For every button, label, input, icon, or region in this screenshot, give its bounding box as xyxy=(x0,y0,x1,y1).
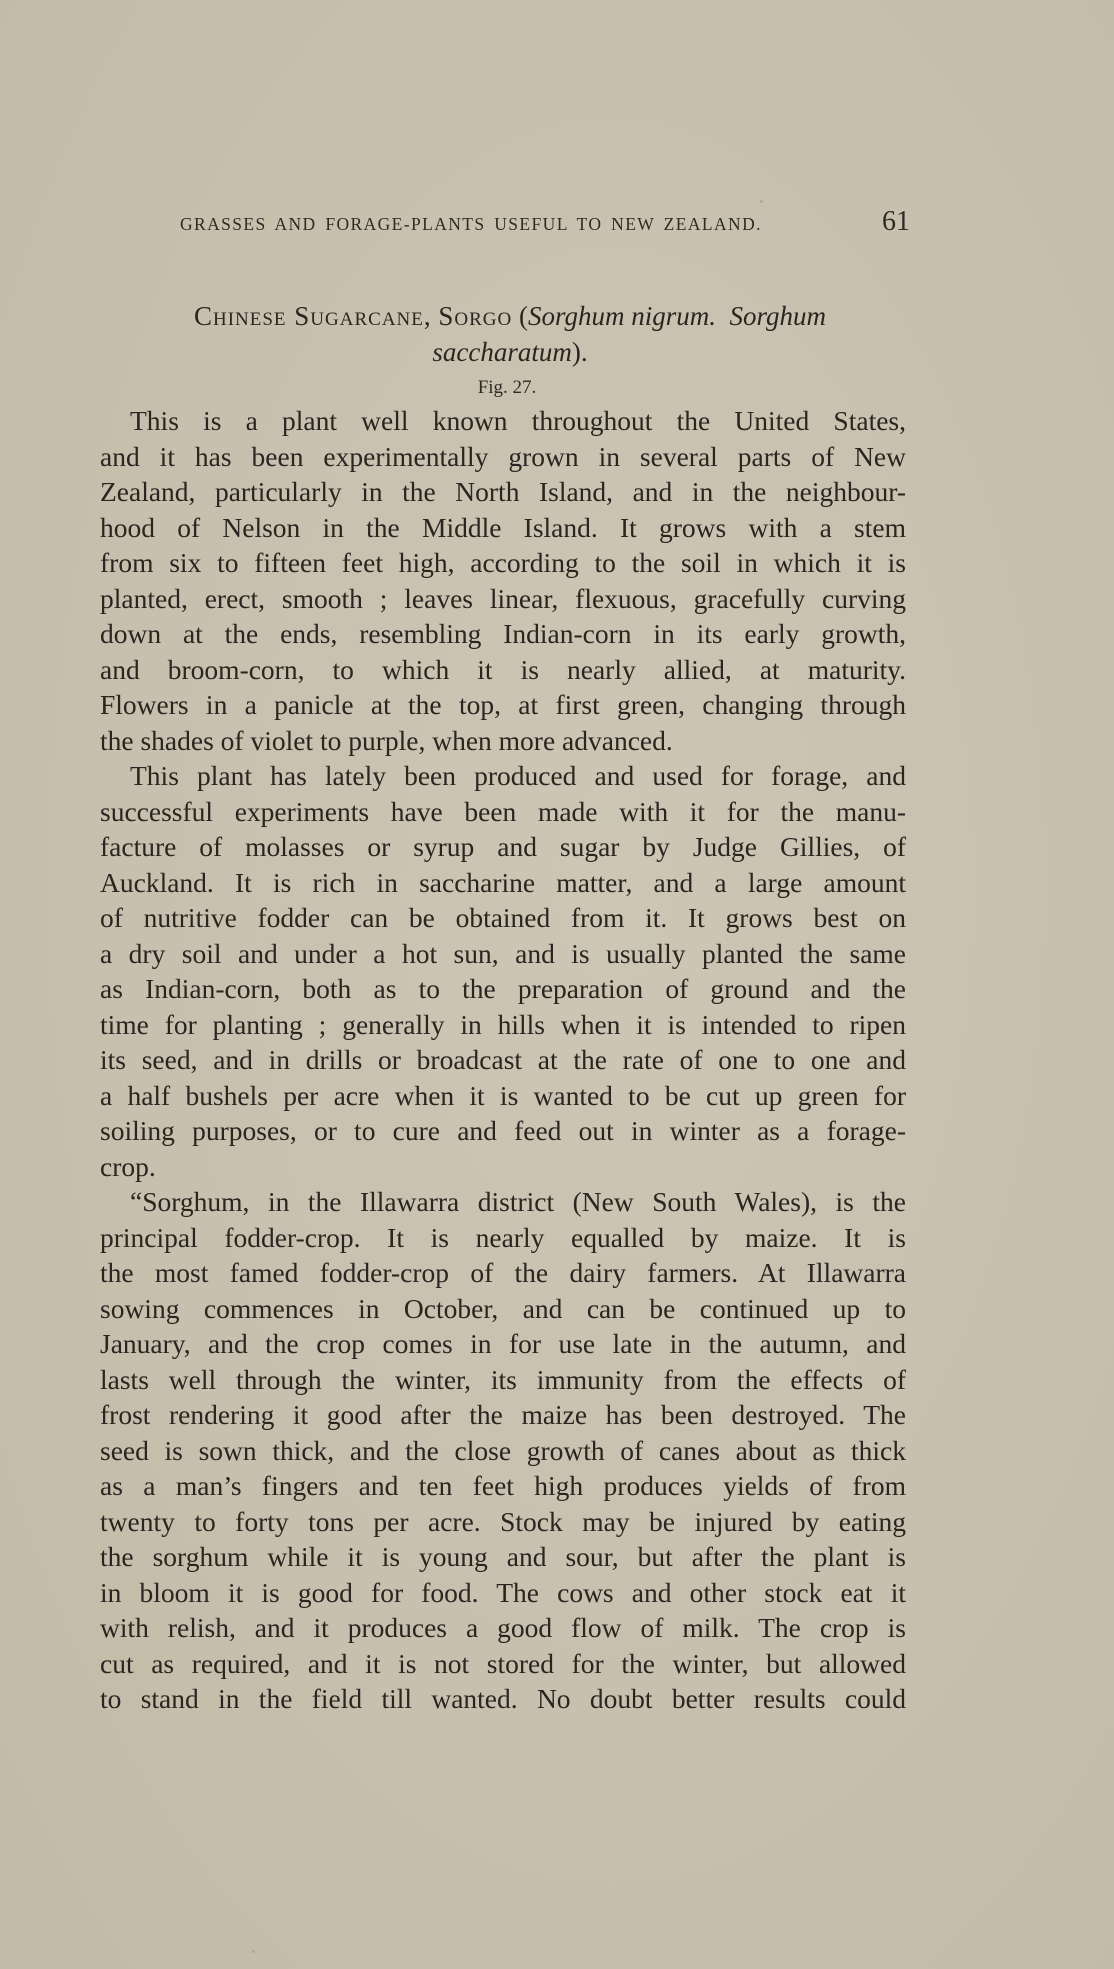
text-line: Flowers in a panicle at the top, at firs… xyxy=(100,687,906,723)
heading-close: ). xyxy=(572,337,588,367)
text-line: to stand in the field till wanted. No do… xyxy=(100,1681,906,1717)
heading-open-paren: ( xyxy=(519,301,528,331)
heading-common-name-alt: Sorgo xyxy=(438,301,512,331)
text-line: a half bushels per acre when it is wante… xyxy=(100,1078,906,1114)
text-line: as a man’s fingers and ten feet high pro… xyxy=(100,1468,906,1504)
book-page: GRASSES AND FORAGE-PLANTS USEFUL TO NEW … xyxy=(0,0,1114,1969)
text-line: with relish, and it produces a good flow… xyxy=(100,1610,906,1646)
paper-speck xyxy=(760,200,763,203)
text-line: of nutritive fodder can be obtained from… xyxy=(100,900,906,936)
text-line: its seed, and in drills or broadcast at … xyxy=(100,1042,906,1078)
running-head: GRASSES AND FORAGE-PLANTS USEFUL TO NEW … xyxy=(150,212,910,242)
text-line: twenty to forty tons per acre. Stock may… xyxy=(100,1504,906,1540)
heading-latin-species: saccharatum xyxy=(432,337,571,367)
running-head-title: GRASSES AND FORAGE-PLANTS USEFUL TO NEW … xyxy=(180,214,762,235)
text-line: frost rendering it good after the maize … xyxy=(100,1397,906,1433)
section-heading: Chinese Sugarcane, Sorgo (Sorghum nigrum… xyxy=(100,298,920,370)
heading-latin-genus: Sorghum xyxy=(730,301,827,331)
text-line: a dry soil and under a hot sun, and is u… xyxy=(100,936,906,972)
text-line: the most famed fodder-crop of the dairy … xyxy=(100,1255,906,1291)
paragraph: This plant has lately been produced and … xyxy=(100,758,906,1184)
text-line: sowing commences in October, and can be … xyxy=(100,1291,906,1327)
figure-label: Fig. 27. xyxy=(0,377,1014,399)
text-line: soiling purposes, or to cure and feed ou… xyxy=(100,1113,906,1149)
text-line: January, and the crop comes in for use l… xyxy=(100,1326,906,1362)
text-line: successful experiments have been made wi… xyxy=(100,794,906,830)
body-text: This is a plant well known throughout th… xyxy=(100,403,906,1717)
text-line: in bloom it is good for food. The cows a… xyxy=(100,1575,906,1611)
heading-common-name: Chinese Sugarcane, xyxy=(194,301,432,331)
text-line: planted, erect, smooth ; leaves linear, … xyxy=(100,581,906,617)
text-line: and it has been experimentally grown in … xyxy=(100,439,906,475)
text-line: crop. xyxy=(100,1149,906,1185)
text-line: principal fodder-crop. It is nearly equa… xyxy=(100,1220,906,1256)
text-line: down at the ends, resembling Indian-corn… xyxy=(100,616,906,652)
text-line: Zealand, particularly in the North Islan… xyxy=(100,474,906,510)
text-line: the sorghum while it is young and sour, … xyxy=(100,1539,906,1575)
text-line: This plant has lately been produced and … xyxy=(100,758,906,794)
paragraph: “Sorghum, in the Illawarra district (New… xyxy=(100,1184,906,1717)
text-line: time for planting ; generally in hills w… xyxy=(100,1007,906,1043)
paper-speck xyxy=(252,1950,255,1953)
text-line: “Sorghum, in the Illawarra district (New… xyxy=(100,1184,906,1220)
text-line: seed is sown thick, and the close growth… xyxy=(100,1433,906,1469)
page-number: 61 xyxy=(882,206,910,238)
text-line: hood of Nelson in the Middle Island. It … xyxy=(100,510,906,546)
text-line: and broom-corn, to which it is nearly al… xyxy=(100,652,906,688)
text-line: This is a plant well known throughout th… xyxy=(100,403,906,439)
text-line: the shades of violet to purple, when mor… xyxy=(100,723,906,759)
paragraph: This is a plant well known throughout th… xyxy=(100,403,906,758)
text-line: cut as required, and it is not stored fo… xyxy=(100,1646,906,1682)
paper-speck xyxy=(590,1450,593,1453)
text-line: facture of molasses or syrup and sugar b… xyxy=(100,829,906,865)
text-line: Auckland. It is rich in saccharine matte… xyxy=(100,865,906,901)
text-line: lasts well through the winter, its immun… xyxy=(100,1362,906,1398)
text-line: from six to fifteen feet high, according… xyxy=(100,545,906,581)
text-line: as Indian-corn, both as to the preparati… xyxy=(100,971,906,1007)
heading-latin-name: Sorghum nigrum. xyxy=(528,301,716,331)
